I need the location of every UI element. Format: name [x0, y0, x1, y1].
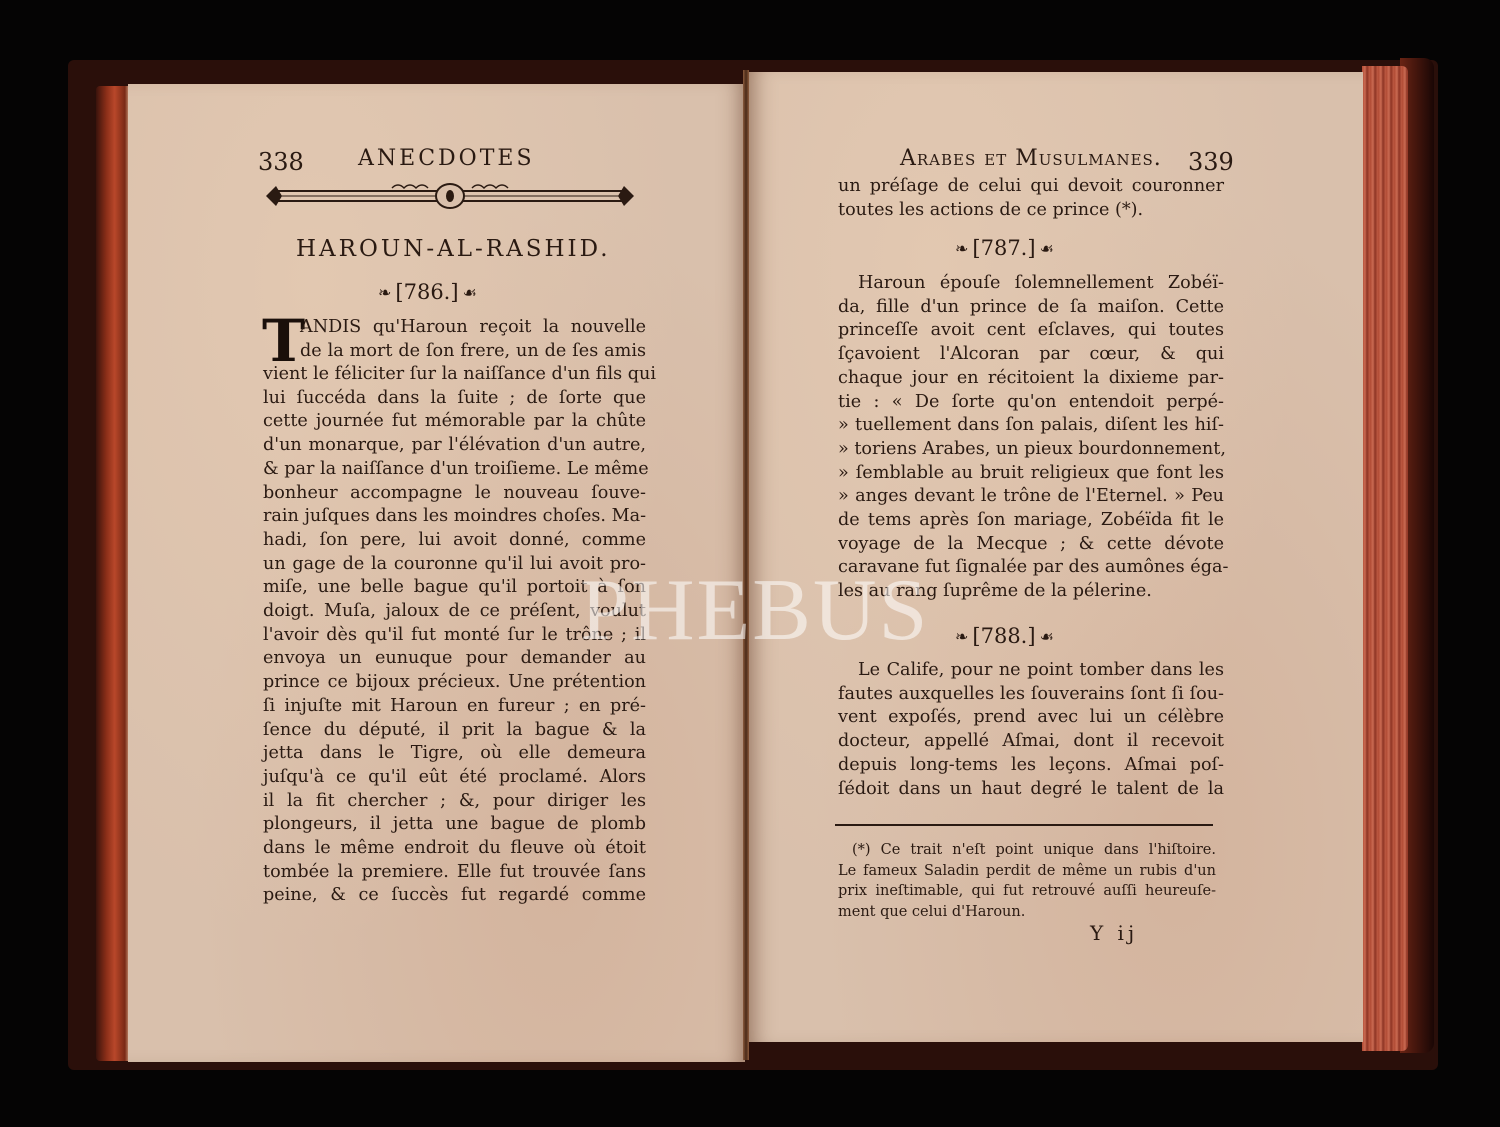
text-line: dans le même endroit du fleuve où étoit	[263, 837, 646, 861]
text-line: d'un monarque, par l'élévation d'un autr…	[263, 434, 646, 458]
section-heading-786: ❧ [786.] ☙	[378, 280, 477, 304]
text-line: toutes les actions de ce prince (*).	[838, 199, 1224, 223]
text-line: juſqu'à ce qu'il eût été proclamé. Alors	[263, 766, 646, 790]
text-line: cette journée fut mémorable par la chûte	[263, 410, 646, 434]
text-line: & par la naiſſance d'un troiſieme. Le mê…	[263, 458, 646, 482]
text-line: il la fit chercher ; &, pour diriger les	[263, 790, 646, 814]
text-line: » ſemblable au bruit religieux que font …	[838, 462, 1224, 486]
left-body-first-lines: ANDIS qu'Haroun reçoit la nouvelle de la…	[300, 316, 646, 363]
fleuron-icon: ❧	[955, 627, 968, 646]
page-edges-right	[1362, 66, 1408, 1051]
text-line: princeſſe avoit cent eſclaves, qui toute…	[838, 319, 1224, 343]
text-line: prince ce bijoux précieux. Une prétentio…	[263, 671, 646, 695]
signature-mark: Y ij	[1090, 921, 1138, 945]
text-line: hadi, ſon pere, lui avoit donné, comme	[263, 529, 646, 553]
text-line: un préſage de celui qui devoit couronner	[838, 175, 1224, 199]
text-line: vent expoſés, prend avec lui un célèbre	[838, 706, 1224, 730]
chapter-title: HAROUN-AL-RASHID.	[296, 236, 611, 262]
text-line: plongeurs, il jetta une bague de plomb	[263, 813, 646, 837]
running-head-left: ANECDOTES	[358, 146, 535, 171]
right-body-787: Haroun épouſe ſolemnellement Zobéï- da, …	[838, 272, 1224, 604]
text-line: da, fille d'un prince de ſa maiſon. Cett…	[838, 296, 1224, 320]
section-heading-788: ❧ [788.] ☙	[955, 624, 1054, 648]
text-line: ANDIS qu'Haroun reçoit la nouvelle	[300, 316, 646, 340]
section-number: [788.]	[972, 624, 1035, 648]
page-number-right: 339	[1188, 148, 1234, 176]
fleuron-icon: ❧	[955, 239, 968, 258]
text-line: » anges devant le trône de l'Eternel. » …	[838, 485, 1224, 509]
watermark: PHEBUS	[580, 560, 929, 661]
text-line: tombée la premiere. Elle fut trouvée ſan…	[263, 861, 646, 885]
text-line: fautes auxquelles les ſouverains ſont ſi…	[838, 683, 1224, 707]
text-line: bonheur accompagne le nouveau ſouve-	[263, 482, 646, 506]
footnote-line: Le fameux Saladin perdit de même un rubi…	[838, 861, 1216, 882]
text-line: lui ſuccéda dans la ſuite ; de ſorte que	[263, 387, 646, 411]
text-line: ſédoit dans un haut degré le talent de l…	[838, 778, 1224, 802]
drop-cap: T	[262, 316, 305, 366]
fleuron-icon: ☙	[1040, 627, 1054, 646]
text-line: ſi injuſte mit Haroun en fureur ; en pré…	[263, 695, 646, 719]
text-line: voyage de la Mecque ; & cette dévote	[838, 533, 1224, 557]
text-line: vient le féliciter ſur la naiſſance d'un…	[263, 363, 646, 387]
text-line: » tuellement dans ſon palais, diſent les…	[838, 414, 1224, 438]
footnote-line: ment que celui d'Haroun.	[838, 902, 1216, 923]
fleuron-icon: ❧	[378, 283, 391, 302]
footnote-line: (*) Ce trait n'eſt point unique dans l'h…	[838, 840, 1216, 861]
ornamental-rule-icon	[262, 180, 638, 210]
fleuron-icon: ☙	[463, 283, 477, 302]
page-number-left: 338	[258, 148, 304, 176]
running-head-right: Arabes et Musulmanes.	[900, 146, 1162, 171]
section-number: [787.]	[972, 236, 1035, 260]
text-line: jetta dans le Tigre, où elle demeura	[263, 742, 646, 766]
text-line: peine, & ce ſuccès fut regardé comme	[263, 884, 646, 908]
text-line: ſence du député, il prit la bague & la	[263, 719, 646, 743]
text-line: docteur, appellé Aſmai, dont il recevoit	[838, 730, 1224, 754]
footnote: (*) Ce trait n'eſt point unique dans l'h…	[838, 840, 1216, 922]
section-heading-787: ❧ [787.] ☙	[955, 236, 1054, 260]
text-line: Le Calife, pour ne point tomber dans les	[838, 659, 1224, 683]
text-line: rain juſques dans les moindres choſes. M…	[263, 505, 646, 529]
text-line: ſçavoient l'Alcoran par cœur, & qui	[838, 343, 1224, 367]
footnote-line: prix ineſtimable, qui fut retrouvé auſſi…	[838, 881, 1216, 902]
text-line: Haroun épouſe ſolemnellement Zobéï-	[838, 272, 1224, 296]
text-line: » toriens Arabes, un pieux bourdonnement…	[838, 438, 1224, 462]
text-line: tie : « De ſorte qu'on entendoit perpé-	[838, 391, 1224, 415]
right-body-788: Le Calife, pour ne point tomber dans les…	[838, 659, 1224, 801]
right-intro-text: un préſage de celui qui devoit couronner…	[838, 175, 1224, 222]
fleuron-icon: ☙	[1040, 239, 1054, 258]
footnote-rule	[835, 824, 1213, 826]
text-line: chaque jour en récitoient la dixieme par…	[838, 367, 1224, 391]
text-line: depuis long-tems les leçons. Aſmai poſ-	[838, 754, 1224, 778]
section-number: [786.]	[395, 280, 458, 304]
text-line: de tems après ſon mariage, Zobéïda fit l…	[838, 509, 1224, 533]
text-line: de la mort de ſon frere, un de ſes amis	[300, 340, 646, 364]
page-edges-left	[96, 86, 130, 1061]
